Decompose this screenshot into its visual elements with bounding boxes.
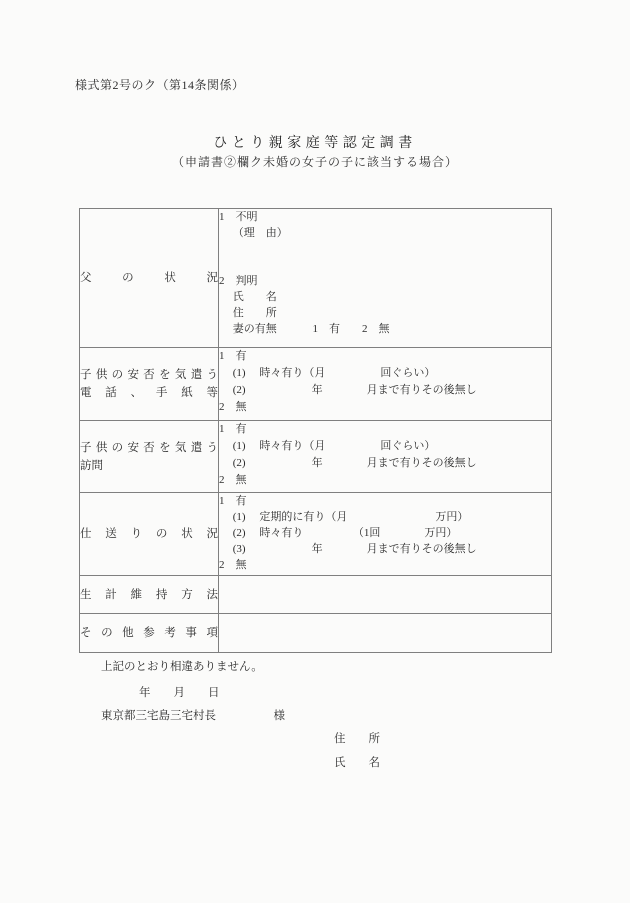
content-line: 住 所: [219, 305, 551, 321]
content-line: 2 無: [219, 399, 551, 416]
row-content-4: 1 有 (1) 定期的に有り（月 万円） (2) 時々有り （1回 万円） (3…: [219, 493, 552, 576]
row-content-5: [219, 576, 552, 614]
content-line: (2) 年 月まで有りその後無し: [219, 455, 551, 472]
certification-table: 父の状況1 不明 （理 由）2 判明 氏 名 住 所 妻の有無 1 有 2 無子…: [79, 208, 552, 653]
row-label-line: 子供の安否を気遣う: [80, 439, 218, 457]
row-label-3: 子供の安否を気遣う訪問: [80, 421, 219, 493]
row-label-line: 電話、手紙等: [80, 384, 218, 402]
declaration-text: 上記のとおり相違ありません。: [101, 658, 263, 674]
content-line: 1 有: [219, 421, 551, 438]
row-content-1: 1 不明 （理 由）2 判明 氏 名 住 所 妻の有無 1 有 2 無: [219, 209, 552, 348]
row-label-line: 仕送りの状況: [80, 525, 218, 543]
page-subtitle: （申請書②欄ク未婚の女子の子に該当する場合）: [0, 153, 630, 170]
row-label-line: 訪問: [80, 457, 218, 475]
content-line: (1) 定期的に有り（月 万円）: [219, 509, 551, 525]
table-row: その他参考事項: [80, 614, 552, 653]
content-line: （理 由）: [219, 225, 551, 241]
content-line: (1) 時々有り（月 回ぐらい）: [219, 365, 551, 382]
document-page: 様式第2号のク（第14条関係） ひとり親家庭等認定調書 （申請書②欄ク未婚の女子…: [0, 0, 630, 903]
content-line: 1 不明: [219, 209, 551, 225]
address-label: 住 所: [334, 730, 380, 746]
row-label-line: 子供の安否を気遣う: [80, 366, 218, 384]
content-line: 2 無: [219, 557, 551, 573]
row-label-line: 父の状況: [80, 269, 218, 287]
content-line: 2 無: [219, 472, 551, 489]
content-line: 1 有: [219, 348, 551, 365]
content-line: (2) 時々有り （1回 万円）: [219, 525, 551, 541]
content-line: 2 判明: [219, 273, 551, 289]
content-line: (3) 年 月まで有りその後無し: [219, 541, 551, 557]
table-row: 仕送りの状況1 有 (1) 定期的に有り（月 万円） (2) 時々有り （1回 …: [80, 493, 552, 576]
row-content-3: 1 有 (1) 時々有り（月 回ぐらい） (2) 年 月まで有りその後無し2 無: [219, 421, 552, 493]
row-label-line: その他参考事項: [80, 624, 218, 642]
row-label-1: 父の状況: [80, 209, 219, 348]
content-line: 妻の有無 1 有 2 無: [219, 321, 551, 337]
page-title: ひとり親家庭等認定調書: [0, 132, 630, 152]
table-row: 生計維持方法: [80, 576, 552, 614]
row-label-2: 子供の安否を気遣う電話、手紙等: [80, 348, 219, 421]
row-content-6: [219, 614, 552, 653]
content-line: (2) 年 月まで有りその後無し: [219, 382, 551, 399]
addressee-line: 東京都三宅島三宅村長 様: [101, 707, 285, 723]
content-line: 1 有: [219, 493, 551, 509]
content-line: 氏 名: [219, 289, 551, 305]
row-label-6: その他参考事項: [80, 614, 219, 653]
table-row: 子供の安否を気遣う訪問1 有 (1) 時々有り（月 回ぐらい） (2) 年 月ま…: [80, 421, 552, 493]
table-row: 父の状況1 不明 （理 由）2 判明 氏 名 住 所 妻の有無 1 有 2 無: [80, 209, 552, 348]
name-label: 氏 名: [334, 754, 380, 770]
content-line: [219, 241, 551, 257]
content-line: [219, 257, 551, 273]
date-line: 年 月 日: [139, 684, 220, 700]
row-content-2: 1 有 (1) 時々有り（月 回ぐらい） (2) 年 月まで有りその後無し2 無: [219, 348, 552, 421]
row-label-4: 仕送りの状況: [80, 493, 219, 576]
table-row: 子供の安否を気遣う電話、手紙等1 有 (1) 時々有り（月 回ぐらい） (2) …: [80, 348, 552, 421]
row-label-line: 生計維持方法: [80, 586, 218, 604]
form-number: 様式第2号のク（第14条関係）: [75, 76, 245, 93]
row-label-5: 生計維持方法: [80, 576, 219, 614]
content-line: (1) 時々有り（月 回ぐらい）: [219, 438, 551, 455]
